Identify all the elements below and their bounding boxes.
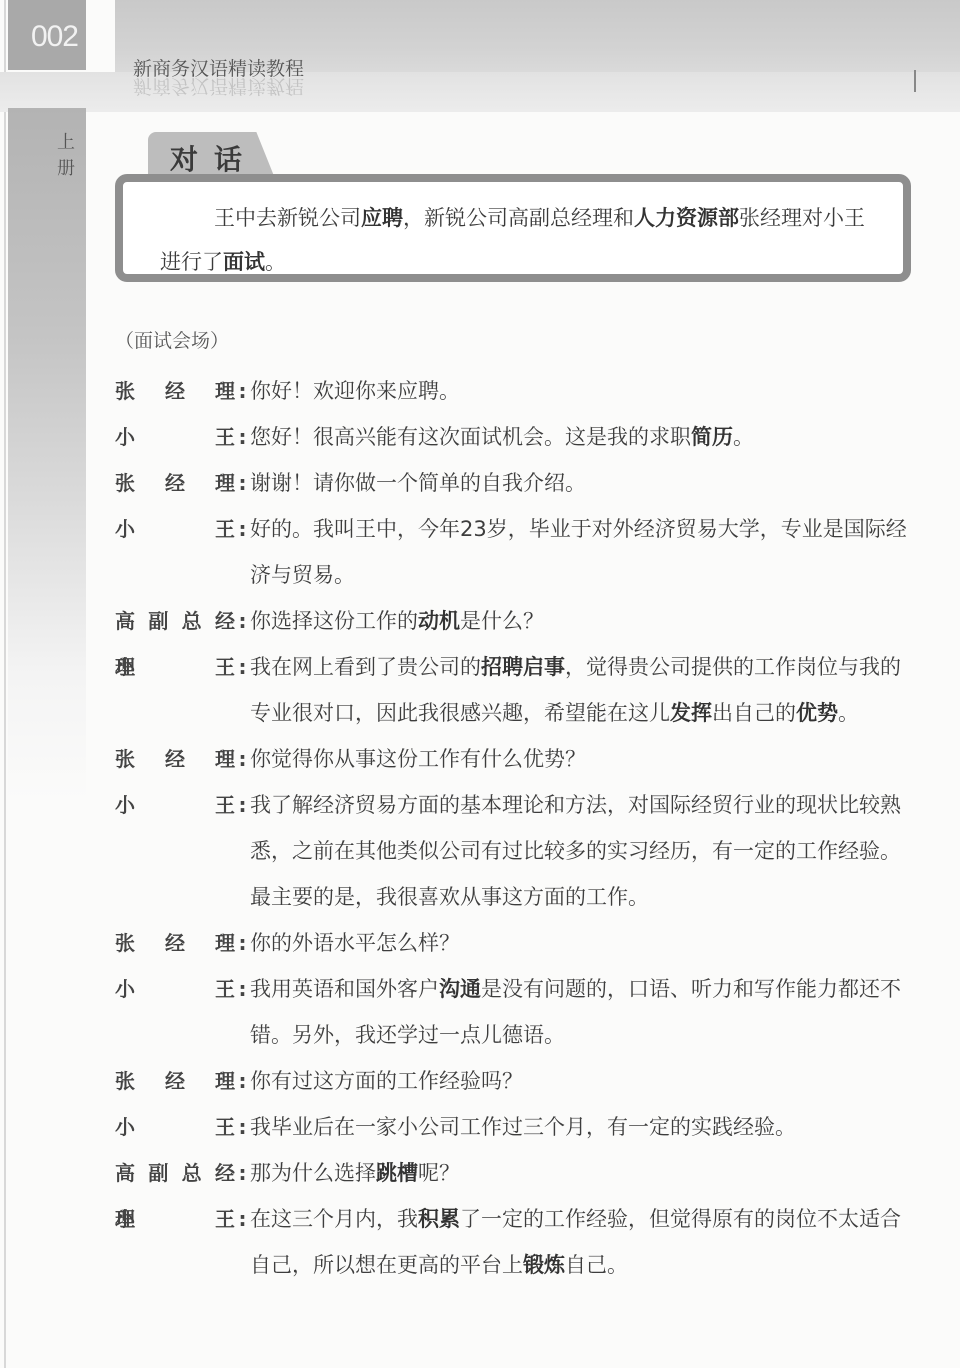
edge-mark: [914, 70, 916, 92]
dialog-turn: 小 王:我在网上看到了贵公司的招聘启事，觉得贵公司提供的工作岗位与我的专业很对口…: [115, 644, 915, 736]
text-run: 你选择这份工作的: [250, 609, 418, 633]
dialog-turn: 小 王:好的。我叫王中，今年23岁，毕业于对外经济贸易大学，专业是国际经济与贸易…: [115, 506, 915, 598]
text-run: 在这三个月内，我: [250, 1207, 418, 1231]
text-run: 好的。我叫王中，今年23岁，毕业于对外经济贸易大学，专业是国际经济与贸易。: [250, 517, 907, 587]
dialog-turn: 小 王:我毕业后在一家小公司工作过三个月，有一定的实践经验。: [115, 1104, 915, 1150]
speaker-label: 张 经 理: [115, 920, 235, 966]
text-run: 出自己的: [712, 701, 796, 725]
speaker-label: 小 王: [115, 506, 235, 552]
dialog-turn: 高 副 总 经 理:那为什么选择跳槽呢？: [115, 1150, 915, 1196]
dialog-line: 那为什么选择跳槽呢？: [250, 1150, 915, 1196]
dialog-line: 在这三个月内，我积累了一定的工作经验，但觉得原有的岗位不太适合自己，所以想在更高…: [250, 1196, 915, 1288]
text-run: 你的外语水平怎么样？: [250, 931, 460, 955]
dialog-turn: 张 经 理:谢谢！请你做一个简单的自我介绍。: [115, 460, 915, 506]
speaker-label: 小 王: [115, 644, 235, 690]
text-run: 。: [838, 701, 859, 725]
dialog-turn: 张 经 理:你好！欢迎你来应聘。: [115, 368, 915, 414]
text-run: 我了解经济贸易方面的基本理论和方法，对国际经贸行业的现状比较熟悉，之前在其他类似…: [250, 793, 901, 909]
dialog-turn: 小 王:我用英语和国外客户沟通是没有问题的，口语、听力和写作能力都还不错。另外，…: [115, 966, 915, 1058]
speaker-label: 小 王: [115, 414, 235, 460]
speaker-colon: :: [235, 598, 250, 644]
dialog-line: 你有过这方面的工作经验吗？: [250, 1058, 915, 1104]
speaker-label: 张 经 理: [115, 368, 235, 414]
speaker-colon: :: [235, 1196, 250, 1242]
text-run: 你有过这方面的工作经验吗？: [250, 1069, 523, 1093]
vocab-term: 动机: [418, 609, 460, 633]
dialog-line: 我毕业后在一家小公司工作过三个月，有一定的实践经验。: [250, 1104, 915, 1150]
text-run: 谢谢！请你做一个简单的自我介绍。: [250, 471, 586, 495]
speaker-label: 张 经 理: [115, 736, 235, 782]
section-tab-label: 对话: [170, 138, 258, 178]
vocab-term: 优势: [796, 701, 838, 725]
volume-char: 上: [52, 130, 80, 156]
text-run: 。: [265, 250, 286, 274]
speaker-label: 高 副 总 经 理: [115, 598, 235, 644]
book-title-reflection: 新商务汉语精读教程: [133, 74, 304, 101]
text-run: 我用英语和国外客户: [250, 977, 439, 1001]
text-run: 我在网上看到了贵公司的: [250, 655, 481, 679]
text-run: 。: [733, 425, 754, 449]
speaker-colon: :: [235, 1058, 250, 1104]
speaker-label: 小 王: [115, 1196, 235, 1242]
vocab-term: 跳槽: [376, 1161, 418, 1185]
dialog-line: 您好！很高兴能有这次面试机会。这是我的求职简历。: [250, 414, 915, 460]
speaker-colon: :: [235, 414, 250, 460]
dialog-turn: 张 经 理:你有过这方面的工作经验吗？: [115, 1058, 915, 1104]
dialog-turn: 小 王:在这三个月内，我积累了一定的工作经验，但觉得原有的岗位不太适合自己，所以…: [115, 1196, 915, 1288]
vocab-term: 简历: [691, 425, 733, 449]
speaker-label: 小 王: [115, 782, 235, 828]
vocab-term: 人力资源部: [634, 206, 739, 230]
dialog-line: 好的。我叫王中，今年23岁，毕业于对外经济贸易大学，专业是国际经济与贸易。: [250, 506, 915, 598]
text-run: 我毕业后在一家小公司工作过三个月，有一定的实践经验。: [250, 1115, 796, 1139]
dialog-turn: 张 经 理:你觉得你从事这份工作有什么优势？: [115, 736, 915, 782]
text-run: 那为什么选择: [250, 1161, 376, 1185]
dialog-line: 你觉得你从事这份工作有什么优势？: [250, 736, 915, 782]
intro-text: 王中去新锐公司应聘，新锐公司高副总经理和人力资源部张经理对小王进行了面试。: [160, 196, 880, 284]
speaker-colon: :: [235, 920, 250, 966]
speaker-colon: :: [235, 1104, 250, 1150]
text-run: 王中去新锐公司: [214, 206, 361, 230]
dialog-line: 我在网上看到了贵公司的招聘启事，觉得贵公司提供的工作岗位与我的专业很对口，因此我…: [250, 644, 915, 736]
dialog-turn: 小 王:我了解经济贸易方面的基本理论和方法，对国际经贸行业的现状比较熟悉，之前在…: [115, 782, 915, 920]
volume-label: 上 册: [52, 130, 80, 182]
speaker-colon: :: [235, 460, 250, 506]
speaker-label: 张 经 理: [115, 1058, 235, 1104]
dialog-turn: 小 王:您好！很高兴能有这次面试机会。这是我的求职简历。: [115, 414, 915, 460]
dialog-turn: 高 副 总 经 理:你选择这份工作的动机是什么？: [115, 598, 915, 644]
text-run: 你觉得你从事这份工作有什么优势？: [250, 747, 586, 771]
vocab-term: 面试: [223, 250, 265, 274]
speaker-colon: :: [235, 506, 250, 552]
vocab-term: 锻炼: [523, 1253, 565, 1277]
page-number-box: 002: [8, 0, 86, 70]
speaker-colon: :: [235, 966, 250, 1012]
dialog-line: 谢谢！请你做一个简单的自我介绍。: [250, 460, 915, 506]
dialog-line: 你的外语水平怎么样？: [250, 920, 915, 966]
scene-note: （面试会场）: [115, 326, 229, 353]
speaker-label: 小 王: [115, 1104, 235, 1150]
dialog-line: 我了解经济贸易方面的基本理论和方法，对国际经贸行业的现状比较熟悉，之前在其他类似…: [250, 782, 915, 920]
speaker-colon: :: [235, 1150, 250, 1196]
text-run: 自己。: [565, 1253, 628, 1277]
dialog-line: 你选择这份工作的动机是什么？: [250, 598, 915, 644]
volume-char: 册: [52, 156, 80, 182]
speaker-label: 高 副 总 经 理: [115, 1150, 235, 1196]
speaker-label: 小 王: [115, 966, 235, 1012]
text-run: 是什么？: [460, 609, 544, 633]
text-run: 呢？: [418, 1161, 460, 1185]
page-number: 002: [8, 20, 78, 54]
vocab-term: 沟通: [439, 977, 481, 1001]
side-band: [8, 108, 86, 1368]
vocab-term: 应聘: [361, 206, 403, 230]
dialog-turn: 张 经 理:你的外语水平怎么样？: [115, 920, 915, 966]
speaker-colon: :: [235, 644, 250, 690]
page-edge-rule: [4, 0, 6, 1368]
text-run: 你好！欢迎你来应聘。: [250, 379, 460, 403]
text-run: 您好！很高兴能有这次面试机会。这是我的求职: [250, 425, 691, 449]
dialog-line: 你好！欢迎你来应聘。: [250, 368, 915, 414]
speaker-label: 张 经 理: [115, 460, 235, 506]
dialog-list: 张 经 理:你好！欢迎你来应聘。小 王:您好！很高兴能有这次面试机会。这是我的求…: [115, 368, 915, 1288]
speaker-colon: :: [235, 368, 250, 414]
speaker-colon: :: [235, 782, 250, 828]
text-run: ，新锐公司高副总经理和: [403, 206, 634, 230]
dialog-line: 我用英语和国外客户沟通是没有问题的，口语、听力和写作能力都还不错。另外，我还学过…: [250, 966, 915, 1058]
vocab-term: 招聘启事: [481, 655, 565, 679]
vocab-term: 发挥: [670, 701, 712, 725]
speaker-colon: :: [235, 736, 250, 782]
vocab-term: 积累: [418, 1207, 460, 1231]
